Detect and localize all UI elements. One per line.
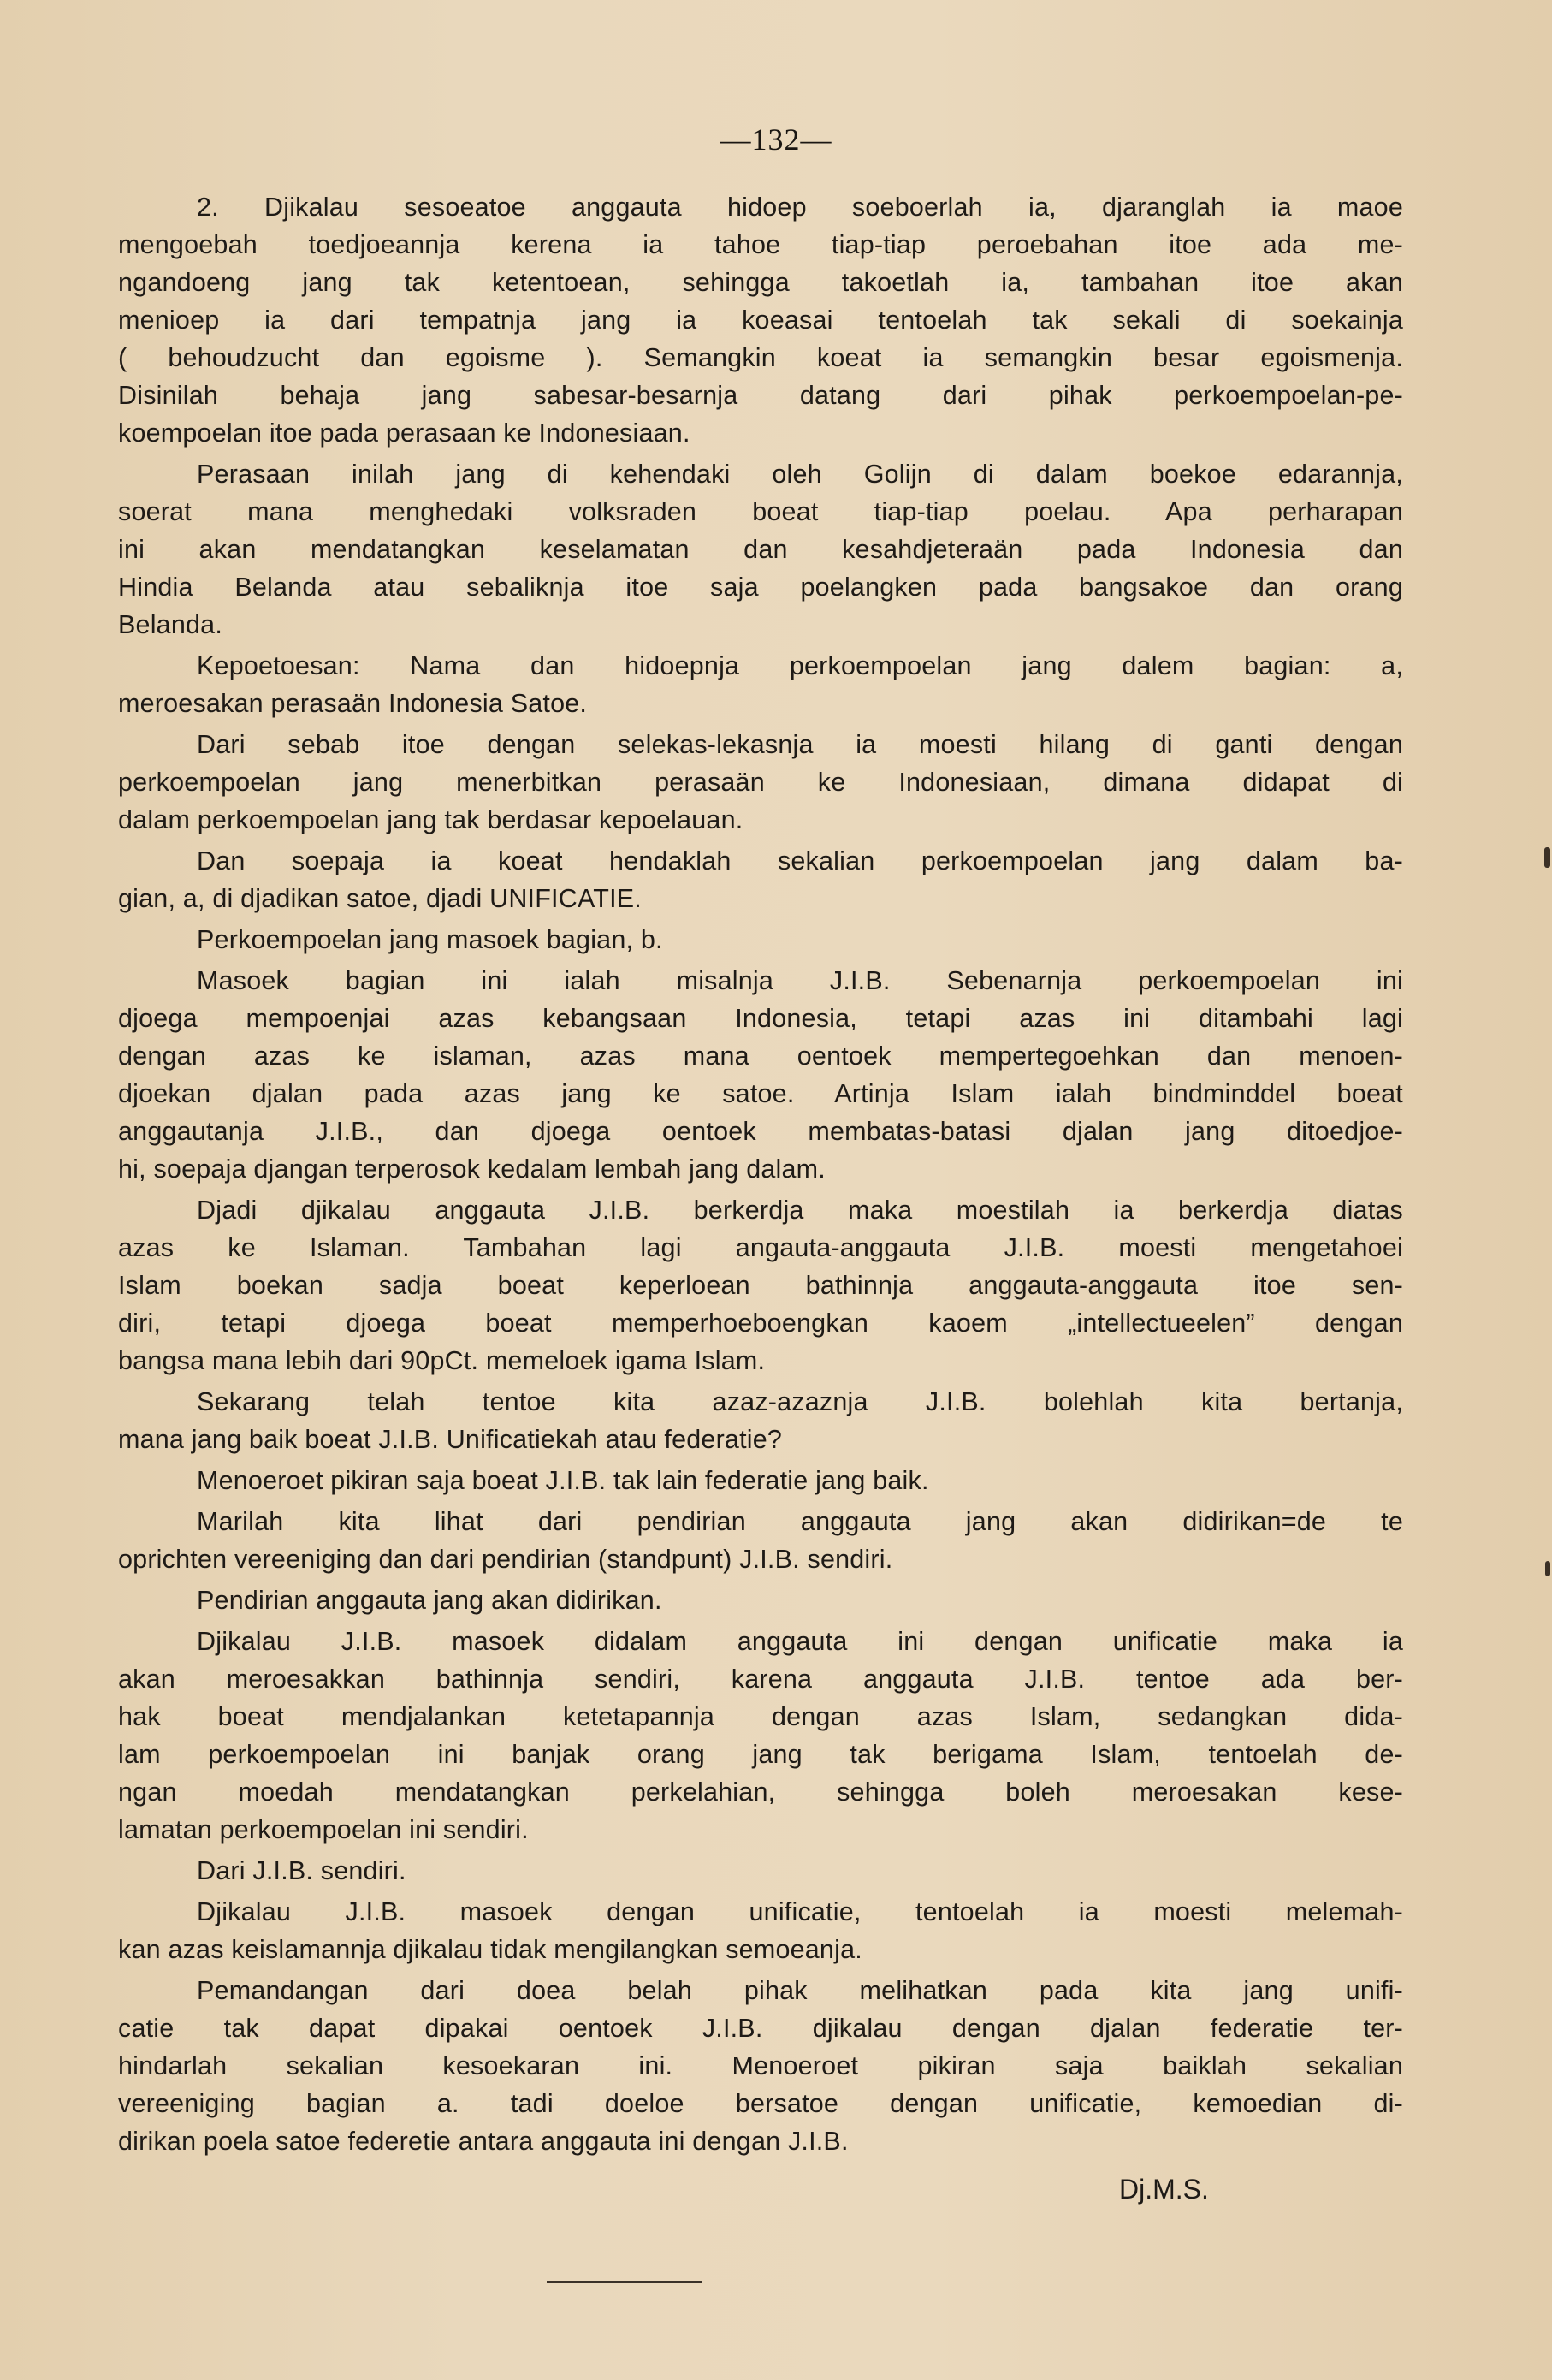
text-line: ngandoeng jang tak ketentoean, sehingga … xyxy=(118,264,1403,301)
paragraph: Sekarang telah tentoe kita azaz-azaznja … xyxy=(118,1383,1403,1458)
text-line: vereeniging bagian a. tadi doeloe bersat… xyxy=(118,2085,1403,2122)
text-line: Dari J.I.B. sendiri. xyxy=(118,1852,1403,1890)
text-line: lamatan perkoempoelan ini sendiri. xyxy=(118,1811,1403,1849)
text-line: kan azas keislamannja djikalau tidak men… xyxy=(118,1931,1403,1968)
text-line: perkoempoelan jang menerbitkan perasaän … xyxy=(118,763,1403,801)
text-line: Disinilah behaja jang sabesar-besarnja d… xyxy=(118,377,1403,414)
text-line: lam perkoempoelan ini banjak orang jang … xyxy=(118,1736,1403,1773)
text-line: Masoek bagian ini ialah misalnja J.I.B. … xyxy=(118,962,1403,1000)
text-line: 2. Djikalau sesoeatoe anggauta hidoep so… xyxy=(118,188,1403,226)
text-line: Dari sebab itoe dengan selekas-lekasnja … xyxy=(118,726,1403,763)
paragraph: Dari sebab itoe dengan selekas-lekasnja … xyxy=(118,726,1403,839)
text-line: anggautanja J.I.B., dan djoega oentoek m… xyxy=(118,1113,1403,1150)
page-edge-mark xyxy=(1545,1561,1550,1576)
paragraph-gap xyxy=(118,2160,1403,2163)
paragraph: Djikalau J.I.B. masoek dengan unificatie… xyxy=(118,1893,1403,1968)
paragraph: Pemandangan dari doea belah pihak meliha… xyxy=(118,1972,1403,2160)
text-line: Marilah kita lihat dari pendirian anggau… xyxy=(118,1503,1403,1540)
text-line: Kepoetoesan: Nama dan hidoepnja perkoemp… xyxy=(118,647,1403,685)
text-line: oprichten vereeniging dan dari pendirian… xyxy=(118,1540,1403,1578)
text-line: ngan moedah mendatangkan perkelahian, se… xyxy=(118,1773,1403,1811)
text-line: ini akan mendatangkan keselamatan dan ke… xyxy=(118,531,1403,568)
text-line: Djikalau J.I.B. masoek didalam anggauta … xyxy=(118,1623,1403,1660)
text-line: bangsa mana lebih dari 90pCt. memeloek i… xyxy=(118,1342,1403,1380)
text-line: Perkoempoelan jang masoek bagian, b. xyxy=(118,921,1403,959)
text-line: diri, tetapi djoega boeat memperhoeboeng… xyxy=(118,1304,1403,1342)
paragraph: Menoeroet pikiran saja boeat J.I.B. tak … xyxy=(118,1462,1403,1499)
text-line: dirikan poela satoe federetie antara ang… xyxy=(118,2122,1403,2160)
paragraph: Djikalau J.I.B. masoek didalam anggauta … xyxy=(118,1623,1403,1849)
closing-rule-divider xyxy=(547,2281,702,2283)
text-line: Perasaan inilah jang di kehendaki oleh G… xyxy=(118,455,1403,493)
text-line: koempoelan itoe pada perasaan ke Indones… xyxy=(118,414,1403,452)
text-line: Hindia Belanda atau sebaliknja itoe saja… xyxy=(118,568,1403,606)
text-line: ( behoudzucht dan egoisme ). Semangkin k… xyxy=(118,339,1403,377)
paragraph: 2. Djikalau sesoeatoe anggauta hidoep so… xyxy=(118,188,1403,452)
page-number: —132— xyxy=(0,122,1552,157)
text-line: Djikalau J.I.B. masoek dengan unificatie… xyxy=(118,1893,1403,1931)
text-line: Pendirian anggauta jang akan didirikan. xyxy=(118,1582,1403,1619)
paragraph: Dari J.I.B. sendiri. xyxy=(118,1852,1403,1890)
author-signature: Dj.M.S. xyxy=(1119,2174,1209,2205)
document-page: —132— 2. Djikalau sesoeatoe anggauta hid… xyxy=(0,0,1552,2380)
text-line: catie tak dapat dipakai oentoek J.I.B. d… xyxy=(118,2009,1403,2047)
text-line: dalam perkoempoelan jang tak berdasar ke… xyxy=(118,801,1403,839)
text-line: Pemandangan dari doea belah pihak meliha… xyxy=(118,1972,1403,2009)
page-edge-mark xyxy=(1544,847,1550,868)
paragraph: Masoek bagian ini ialah misalnja J.I.B. … xyxy=(118,962,1403,1188)
text-line: Dan soepaja ia koeat hendaklah sekalian … xyxy=(118,842,1403,880)
text-line: akan meroesakkan bathinnja sendiri, kare… xyxy=(118,1660,1403,1698)
text-line: mana jang baik boeat J.I.B. Unificatieka… xyxy=(118,1421,1403,1458)
text-line: menioep ia dari tempatnja jang ia koeasa… xyxy=(118,301,1403,339)
paragraph: Marilah kita lihat dari pendirian anggau… xyxy=(118,1503,1403,1578)
text-line: mengoebah toedjoeannja kerena ia tahoe t… xyxy=(118,226,1403,264)
text-line: meroesakan perasaän Indonesia Satoe. xyxy=(118,685,1403,722)
text-line: hak boeat mendjalankan ketetapannja deng… xyxy=(118,1698,1403,1736)
text-line: Menoeroet pikiran saja boeat J.I.B. tak … xyxy=(118,1462,1403,1499)
text-line: djoega mempoenjai azas kebangsaan Indone… xyxy=(118,1000,1403,1037)
paragraph: Djadi djikalau anggauta J.I.B. berkerdja… xyxy=(118,1191,1403,1380)
text-line: Belanda. xyxy=(118,606,1403,644)
paragraph: Dan soepaja ia koeat hendaklah sekalian … xyxy=(118,842,1403,917)
text-line: Sekarang telah tentoe kita azaz-azaznja … xyxy=(118,1383,1403,1421)
text-line: gian, a, di djadikan satoe, djadi UNIFIC… xyxy=(118,880,1403,917)
text-line: hi, soepaja djangan terperosok kedalam l… xyxy=(118,1150,1403,1188)
article-body: 2. Djikalau sesoeatoe anggauta hidoep so… xyxy=(118,188,1403,2163)
paragraph: Pendirian anggauta jang akan didirikan. xyxy=(118,1582,1403,1619)
paragraph: Perkoempoelan jang masoek bagian, b. xyxy=(118,921,1403,959)
text-line: Islam boekan sadja boeat keperloean bath… xyxy=(118,1267,1403,1304)
text-line: azas ke Islaman. Tambahan lagi angauta-a… xyxy=(118,1229,1403,1267)
text-line: dengan azas ke islaman, azas mana oentoe… xyxy=(118,1037,1403,1075)
text-line: Djadi djikalau anggauta J.I.B. berkerdja… xyxy=(118,1191,1403,1229)
text-line: soerat mana menghedaki volksraden boeat … xyxy=(118,493,1403,531)
paragraph: Perasaan inilah jang di kehendaki oleh G… xyxy=(118,455,1403,644)
text-line: djoekan djalan pada azas jang ke satoe. … xyxy=(118,1075,1403,1113)
paragraph: Kepoetoesan: Nama dan hidoepnja perkoemp… xyxy=(118,647,1403,722)
text-line: hindarlah sekalian kesoekaran ini. Menoe… xyxy=(118,2047,1403,2085)
